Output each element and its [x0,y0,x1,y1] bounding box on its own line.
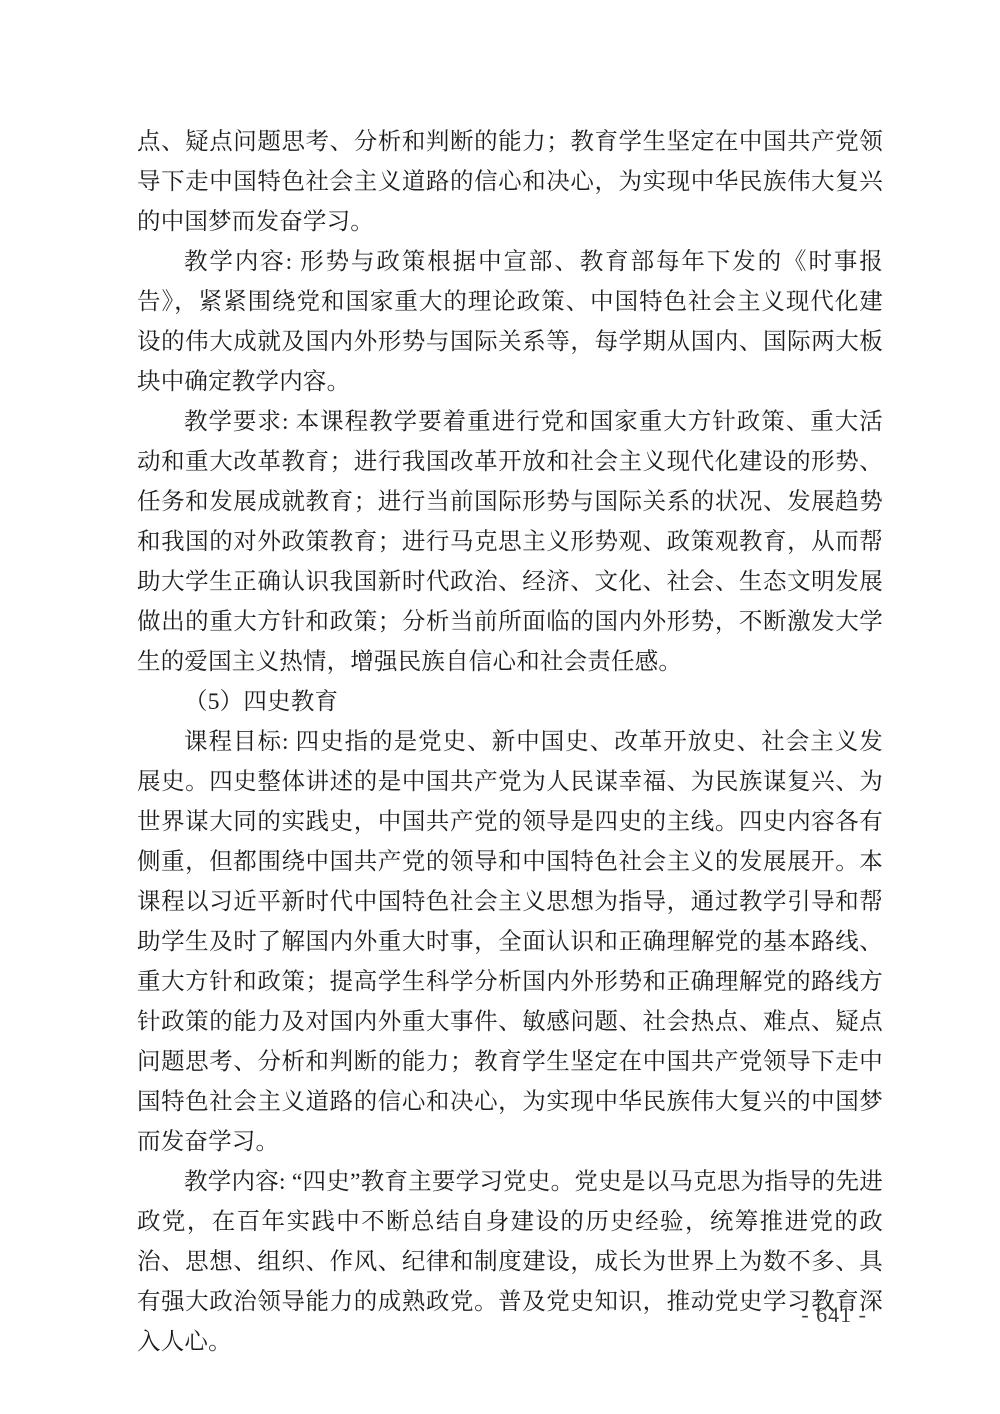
page-number: - 641 - [801,1302,867,1327]
paragraph-teaching-requirements: 教学要求: 本课程教学要着重进行党和国家重大方针政策、重大活动和重大改革教育；进… [137,402,883,682]
body-text-block: 点、疑点问题思考、分析和判断的能力；教育学生坚定在中国共产党领导下走中国特色社会… [137,122,883,1362]
page-footer: - 641 - [801,1301,867,1329]
paragraph-continuation: 点、疑点问题思考、分析和判断的能力；教育学生坚定在中国共产党领导下走中国特色社会… [137,122,883,242]
section-heading-four-histories: （5）四史教育 [137,682,883,722]
paragraph-course-objectives: 课程目标: 四史指的是党史、新中国史、改革开放史、社会主义发展史。四史整体讲述的… [137,722,883,1162]
document-page: 点、疑点问题思考、分析和判断的能力；教育学生坚定在中国共产党领导下走中国特色社会… [0,0,1000,1414]
paragraph-teaching-content-1: 教学内容: 形势与政策根据中宣部、教育部每年下发的《时事报告》，紧紧围绕党和国家… [137,242,883,402]
paragraph-teaching-content-2: 教学内容: “四史”教育主要学习党史。党史是以马克思为指导的先进政党，在百年实践… [137,1162,883,1362]
